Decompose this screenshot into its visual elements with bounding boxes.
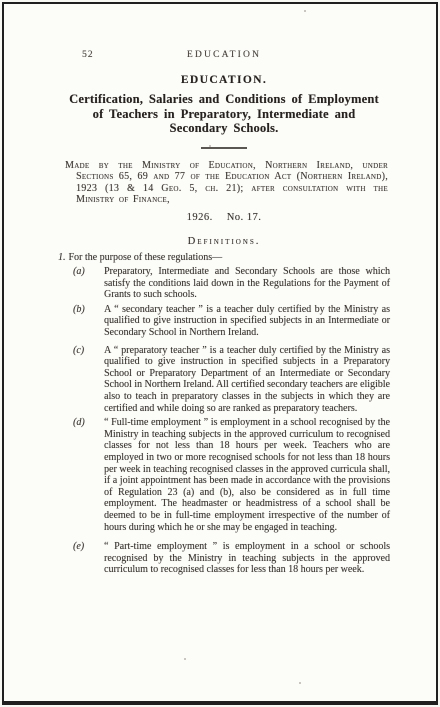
definition-item-e: (e) “ Part-time employment ” is employme… <box>58 541 390 576</box>
scan-speck <box>209 145 211 147</box>
running-head-title: EDUCATION <box>58 50 390 60</box>
item-label: (a) <box>73 266 85 278</box>
divider-rule <box>201 147 247 149</box>
definitions-heading: Definitions. <box>58 236 390 247</box>
document-title: Certification, Salaries and Conditions o… <box>58 92 390 136</box>
item-text: “ Full-time employment ” is employment i… <box>104 417 390 532</box>
definition-item-a: (a) Preparatory, Intermediate and Second… <box>58 266 390 301</box>
scan-speck <box>184 658 186 660</box>
instrument-number: No. 17. <box>227 212 262 223</box>
item-label: (c) <box>73 345 84 357</box>
item-text: A “ preparatory teacher ” is a teacher d… <box>104 345 390 414</box>
document-page: 52 EDUCATION EDUCATION. Certification, S… <box>2 2 438 705</box>
enacting-formula: Made by the Ministry of Education, North… <box>65 160 388 206</box>
item-label: (b) <box>73 304 85 316</box>
scan-speck <box>299 682 301 684</box>
clause-intro: 1.For the purpose of these regulations— <box>58 252 390 264</box>
item-label: (d) <box>73 417 85 429</box>
clause-number: 1. <box>58 252 66 263</box>
instrument-year: 1926. <box>187 212 213 223</box>
item-text: “ Part-time employment ” is employment i… <box>104 541 390 575</box>
instrument-number-line: 1926.No. 17. <box>58 212 390 223</box>
scan-speck <box>304 10 306 12</box>
definition-item-c: (c) A “ preparatory teacher ” is a teach… <box>58 345 390 415</box>
item-label: (e) <box>73 541 84 553</box>
definition-item-d: (d) “ Full-time employment ” is employme… <box>58 417 390 533</box>
title-line-3: Secondary Schools. <box>58 121 390 136</box>
title-line-1: Certification, Salaries and Conditions o… <box>58 92 390 107</box>
item-text: Preparatory, Intermediate and Secondary … <box>104 266 390 300</box>
clause-intro-text: For the purpose of these regulations— <box>69 252 223 263</box>
section-heading: EDUCATION. <box>58 74 390 86</box>
item-text: A “ secondary teacher ” is a teacher dul… <box>104 304 390 338</box>
definition-item-b: (b) A “ secondary teacher ” is a teacher… <box>58 304 390 339</box>
title-line-2: of Teachers in Preparatory, Intermediate… <box>58 107 390 122</box>
running-header: 52 EDUCATION <box>58 50 390 62</box>
